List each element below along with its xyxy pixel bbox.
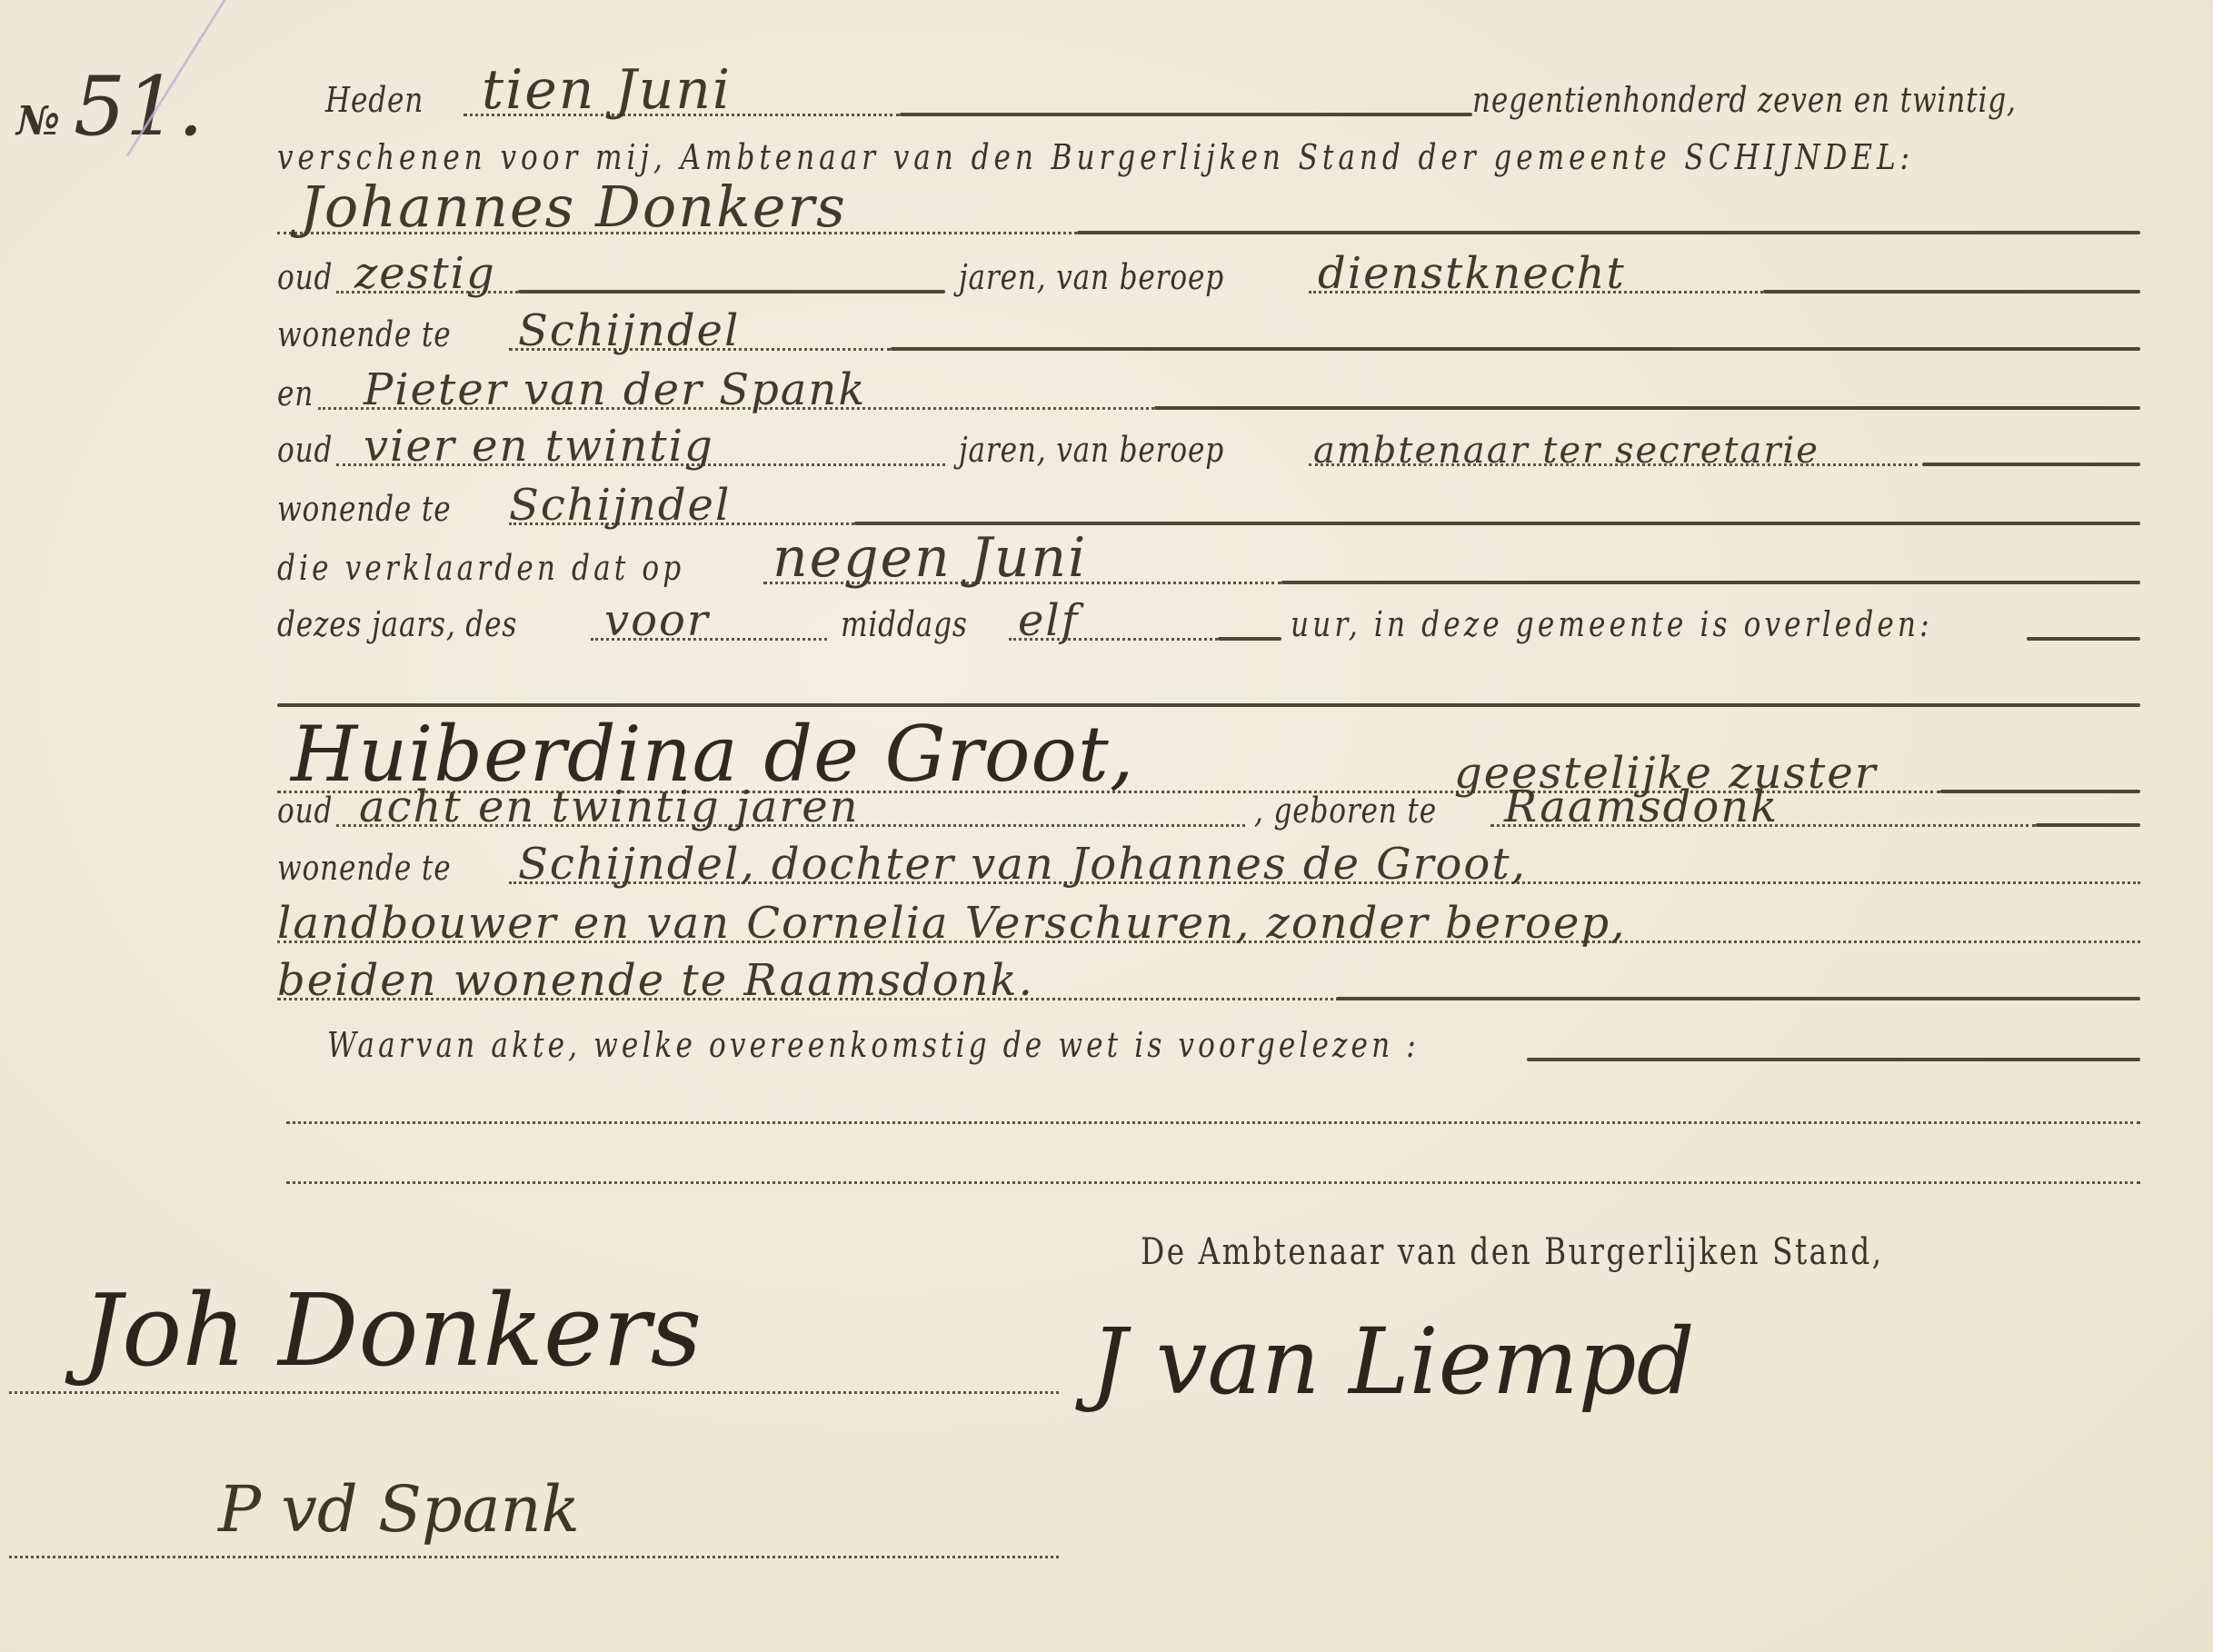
printed-deceased-label: uur, in deze gemeente is overleden:	[1291, 604, 1933, 644]
handwritten-voor: voor	[604, 595, 710, 646]
line-closing: Waarvan akte, welke overeenkomstig de we…	[0, 1000, 2213, 1072]
printed-closing: Waarvan akte, welke overeenkomstig de we…	[327, 1025, 1420, 1065]
document-page: № 51. Heden tien Juni negentienhonderd z…	[0, 0, 2213, 1652]
witness2-signature: P vd Spank	[218, 1472, 580, 1547]
line-death-time: dezes jaars, des voor middags elf uur, i…	[0, 579, 2213, 652]
signature-line	[9, 1391, 1059, 1394]
empty-dotted-line	[286, 1181, 2140, 1184]
official-signature: J van Liempd	[1091, 1309, 1695, 1415]
fill-rule	[2027, 637, 2140, 641]
signature-line	[9, 1556, 1059, 1558]
official-title: De Ambtenaar van den Burgerlijken Stand,	[1141, 1231, 1884, 1273]
handwritten-parents-residence: beiden wonende te Raamsdonk.	[277, 955, 1034, 1006]
handwritten-hour: elf	[1018, 595, 1080, 646]
printed-appeared: verschenen voor mij, Ambtenaar van den B…	[277, 137, 1914, 177]
witness1-signature: Joh Donkers	[82, 1272, 702, 1388]
printed-middags: middags	[841, 604, 968, 644]
empty-dotted-line	[286, 1121, 2140, 1124]
printed-dezes-jaars: dezes jaars, des	[277, 604, 517, 644]
fill-rule	[1527, 1058, 2140, 1061]
handwritten-witness1-name: Johannes Donkers	[300, 174, 847, 240]
fill-rule	[1218, 637, 1281, 641]
